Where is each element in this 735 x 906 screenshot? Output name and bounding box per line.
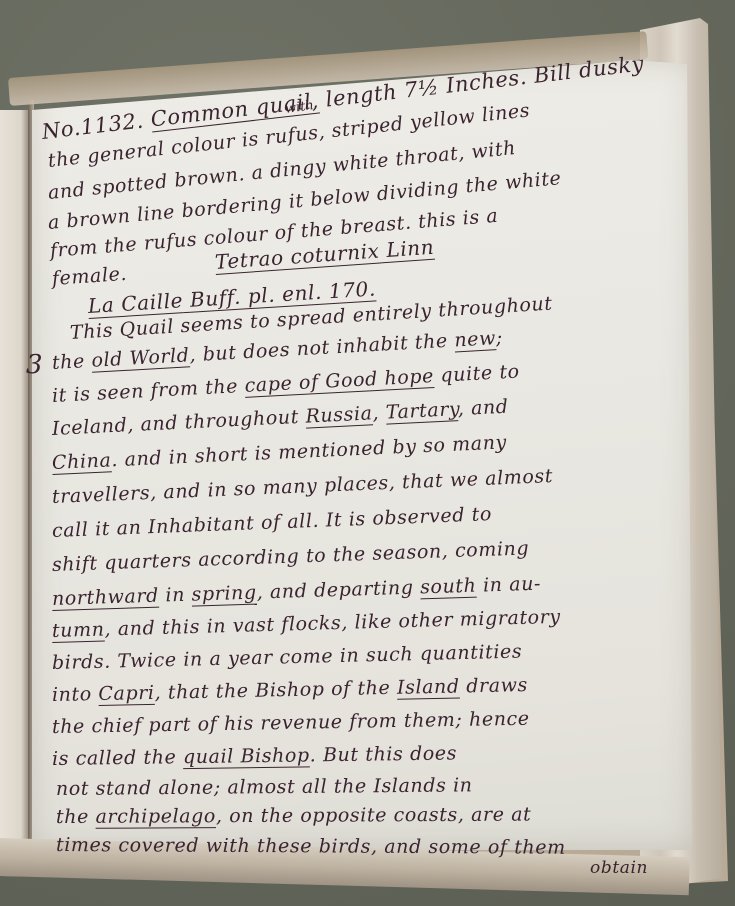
description-line-5: female. [51,263,128,290]
body-line: the archipelago, on the opposite coasts,… [56,804,531,828]
insertion-with: with [284,98,315,117]
body-line: is called the quail Bishop. But this doe… [52,742,457,770]
body-line: call it an Inhabitant of all. It is obse… [52,503,493,542]
margin-mark: 3 [26,350,43,380]
catchword: obtain [590,858,648,878]
body-line: into Capri, that the Bishop of the Islan… [52,674,528,706]
body-line: China. and in short is mentioned by so m… [52,431,508,474]
body-line: not stand alone; almost all the Islands … [56,774,473,800]
body-line: times covered with these birds, and some… [56,834,566,859]
body-line: shift quarters according to the season, … [52,537,530,576]
body-line: travellers, and in so many places, that … [52,465,554,508]
entry-number: No.1132. [41,109,145,144]
manuscript-text: No.1132. Common quail, length 7½ Inches.… [0,0,735,906]
body-line: northward in spring, and departing south… [52,573,542,610]
entry-header-rest: length 7½ Inches. Bill dusky [324,51,645,111]
body-line: the chief part of his revenue from them;… [52,708,530,738]
body-line: tumn, and this in vast flocks, like othe… [52,606,561,642]
body-line: birds. Twice in a year come in such quan… [52,641,523,674]
